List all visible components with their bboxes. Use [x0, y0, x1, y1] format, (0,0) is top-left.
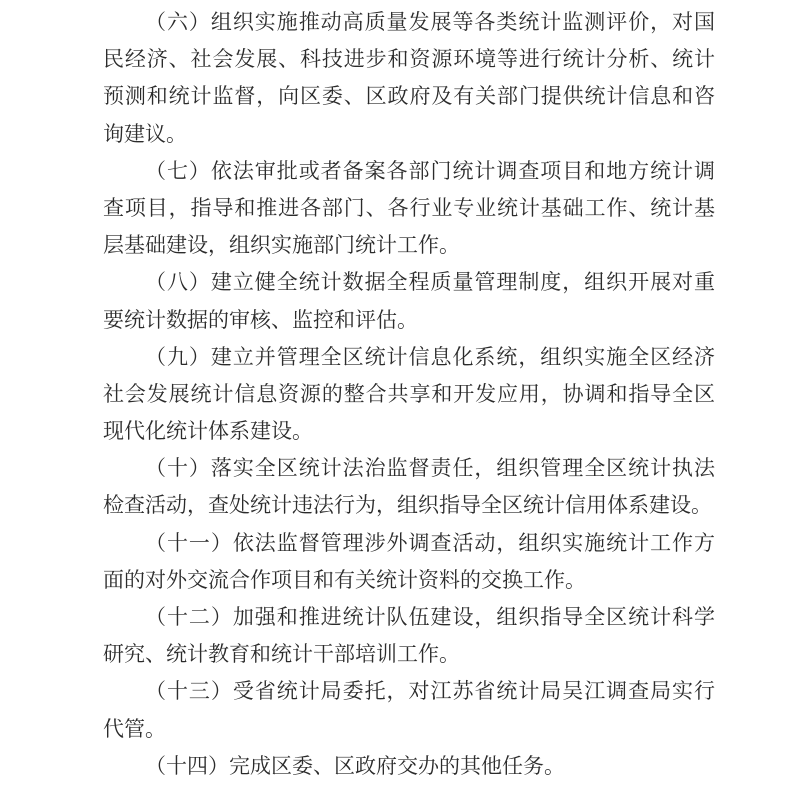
- text-line: 研究、统计教育和统计干部培训工作。: [103, 636, 715, 673]
- text-line: （十一）依法监督管理涉外调查活动，组织实施统计工作方: [103, 525, 715, 562]
- document-page: （六）组织实施推动高质量发展等各类统计监测评价，对国民经济、社会发展、科技进步和…: [0, 0, 793, 785]
- paragraph: （十四）完成区委、区政府交办的其他任务。: [103, 748, 715, 785]
- paragraph: （六）组织实施推动高质量发展等各类统计监测评价，对国民经济、社会发展、科技进步和…: [103, 4, 715, 153]
- text-line: （七）依法审批或者备案各部门统计调查项目和地方统计调: [103, 153, 715, 190]
- text-line: 询建议。: [103, 116, 715, 153]
- paragraph: （九）建立并管理全区统计信息化系统，组织实施全区经济社会发展统计信息资源的整合共…: [103, 339, 715, 451]
- text-line: （十）落实全区统计法治监督责任，组织管理全区统计执法: [103, 450, 715, 487]
- paragraph: （十）落实全区统计法治监督责任，组织管理全区统计执法检查活动，查处统计违法行为，…: [103, 450, 715, 524]
- text-line: 社会发展统计信息资源的整合共享和开发应用，协调和指导全区: [103, 376, 715, 413]
- paragraph: （十二）加强和推进统计队伍建设，组织指导全区统计科学研究、统计教育和统计干部培训…: [103, 599, 715, 673]
- text-line: （六）组织实施推动高质量发展等各类统计监测评价，对国: [103, 4, 715, 41]
- text-line: 预测和统计监督，向区委、区政府及有关部门提供统计信息和咨: [103, 78, 715, 115]
- text-line: 代管。: [103, 711, 715, 748]
- document-body: （六）组织实施推动高质量发展等各类统计监测评价，对国民经济、社会发展、科技进步和…: [0, 0, 793, 785]
- text-line: （八）建立健全统计数据全程质量管理制度，组织开展对重: [103, 264, 715, 301]
- text-line: 层基础建设，组织实施部门统计工作。: [103, 227, 715, 264]
- text-line: （十四）完成区委、区政府交办的其他任务。: [103, 748, 715, 785]
- text-line: 现代化统计体系建设。: [103, 413, 715, 450]
- paragraph: （七）依法审批或者备案各部门统计调查项目和地方统计调查项目，指导和推进各部门、各…: [103, 153, 715, 265]
- text-line: （十三）受省统计局委托，对江苏省统计局吴江调查局实行: [103, 673, 715, 710]
- text-line: （九）建立并管理全区统计信息化系统，组织实施全区经济: [103, 339, 715, 376]
- text-line: 要统计数据的审核、监控和评估。: [103, 302, 715, 339]
- paragraph: （八）建立健全统计数据全程质量管理制度，组织开展对重要统计数据的审核、监控和评估…: [103, 264, 715, 338]
- text-line: （十二）加强和推进统计队伍建设，组织指导全区统计科学: [103, 599, 715, 636]
- text-line: 检查活动，查处统计违法行为，组织指导全区统计信用体系建设。: [103, 487, 715, 524]
- paragraph: （十一）依法监督管理涉外调查活动，组织实施统计工作方面的对外交流合作项目和有关统…: [103, 525, 715, 599]
- text-line: 面的对外交流合作项目和有关统计资料的交换工作。: [103, 562, 715, 599]
- text-line: 查项目，指导和推进各部门、各行业专业统计基础工作、统计基: [103, 190, 715, 227]
- text-line: 民经济、社会发展、科技进步和资源环境等进行统计分析、统计: [103, 41, 715, 78]
- paragraph: （十三）受省统计局委托，对江苏省统计局吴江调查局实行代管。: [103, 673, 715, 747]
